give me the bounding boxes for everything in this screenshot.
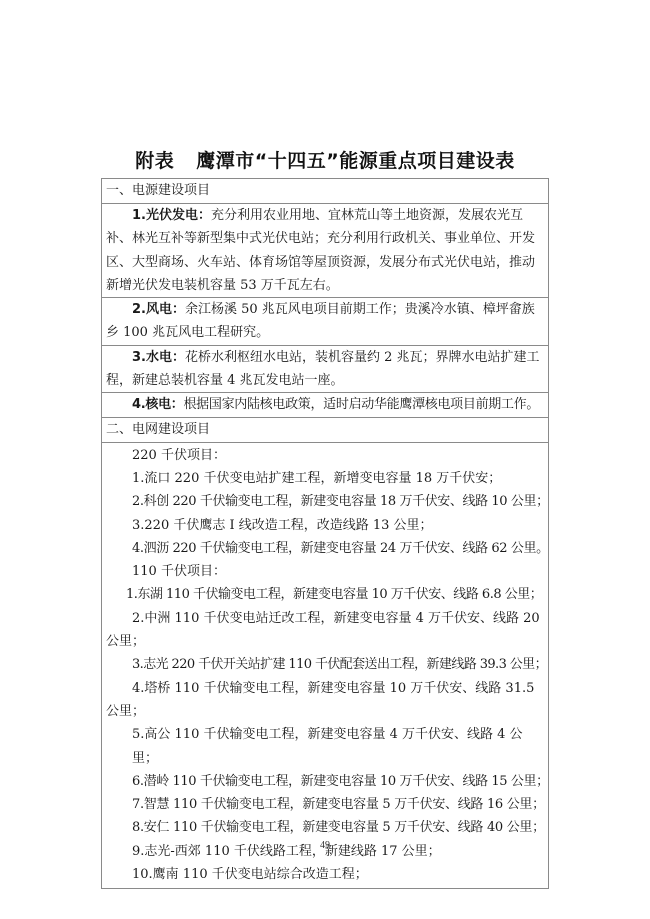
title-prefix: 附表 xyxy=(135,150,174,172)
list-item: 5.高公 110 千伏输变电工程，新建变电容量 4 万千伏安、线路 4 公里； xyxy=(106,723,542,770)
title-text: 鹰潭市“十四五”能源重点项目建设表 xyxy=(196,150,514,172)
row-label: 3.水电： xyxy=(132,350,185,365)
projects-table: 一、电源建设项目 1.光伏发电：充分利用农业用地、宜林荒山等土地资源，发展农光互… xyxy=(101,178,549,889)
list-item: 3.志光 220 千伏开关站扩建 110 千伏配套送出工程，新建线路 39.3 … xyxy=(106,653,542,676)
row-solar: 1.光伏发电：充分利用农业用地、宜林荒山等土地资源，发展农光互补、林光互补等新型… xyxy=(102,204,549,298)
group-label-220kv: 220 千伏项目： xyxy=(106,444,542,467)
section-heading-power-sources: 一、电源建设项目 xyxy=(102,179,549,204)
list-item: 2.科创 220 千伏输变电工程，新建变电容量 18 万千伏安、线路 10 公里… xyxy=(106,490,542,513)
section-heading-grid: 二、电网建设项目 xyxy=(102,417,549,442)
grid-projects-cell: 220 千伏项目： 1.流口 220 千伏变电站扩建工程，新增变电容量 18 万… xyxy=(102,442,549,889)
list-item: 4.泗沥 220 千伏输变电工程，新建变电容量 24 万千伏安、线路 62 公里… xyxy=(106,537,542,560)
list-item: 7.智慧 110 千伏输变电工程，新建变电容量 5 万千伏安、线路 16 公里； xyxy=(106,793,542,816)
row-wind: 2.风电：余江杨溪 50 兆瓦风电项目前期工作；贵溪冷水镇、樟坪畲族乡 100 … xyxy=(102,298,549,346)
list-item: 4.塔桥 110 千伏输变电工程，新建变电容量 10 万千伏安、线路 31.5 … xyxy=(106,677,542,724)
list-item: 6.潜岭 110 千伏输变电工程，新建变电容量 10 万千伏安、线路 15 公里… xyxy=(106,770,542,793)
list-item: 3.220 千伏鹰志 I 线改造工程，改造线路 13 公里； xyxy=(106,514,542,537)
list-item: 2.中洲 110 千伏变电站迁改工程，新建变电容量 4 万千伏安、线路 20 公… xyxy=(106,607,542,654)
row-label: 4.核电： xyxy=(132,397,183,412)
list-item: 1.东湖 110 千伏输变电工程，新建变电容量 10 万千伏安、线路 6.8 公… xyxy=(106,583,542,606)
row-label: 2.风电： xyxy=(132,302,185,317)
list-item: 10.鹰南 110 千伏变电站综合改造工程； xyxy=(106,863,542,886)
row-label: 1.光伏发电： xyxy=(132,208,211,223)
page-title: 附表鹰潭市“十四五”能源重点项目建设表 xyxy=(0,146,650,173)
row-nuclear: 4.核电：根据国家内陆核电政策，适时启动华能鹰潭核电项目前期工作。 xyxy=(102,393,549,417)
group-label-110kv: 110 千伏项目： xyxy=(106,560,542,583)
row-text: 根据国家内陆核电政策，适时启动华能鹰潭核电项目前期工作。 xyxy=(183,397,539,412)
page-number: 49 xyxy=(0,840,650,851)
list-item: 1.流口 220 千伏变电站扩建工程，新增变电容量 18 万千伏安； xyxy=(106,467,542,490)
row-hydro: 3.水电：花桥水利枢纽水电站，装机容量约 2 兆瓦；界牌水电站扩建工程，新建总装… xyxy=(102,345,549,393)
list-item: 8.安仁 110 千伏输变电工程，新建变电容量 5 万千伏安、线路 40 公里； xyxy=(106,816,542,839)
